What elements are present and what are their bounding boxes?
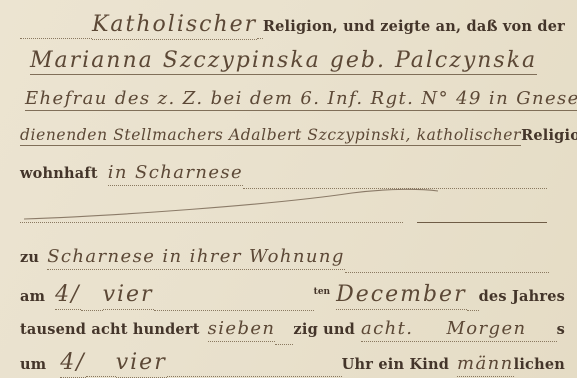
printed-um: um — [20, 356, 46, 373]
handwritten-hour-word: vier — [116, 350, 167, 378]
handwritten-day-word: vier — [103, 282, 154, 310]
dotted-rule — [467, 279, 479, 311]
dotted-rule — [167, 347, 342, 377]
pen-rule — [417, 207, 547, 223]
dotted-rule — [243, 159, 547, 189]
handwritten-residence: in Scharnese — [108, 162, 243, 186]
handwritten-regiment: Ehefrau des z. Z. bei dem 6. Inf. Rgt. N… — [25, 88, 577, 111]
blank-rule-line — [0, 210, 577, 226]
printed-wohnhaft: wohnhaft — [20, 165, 98, 182]
printed-zig-und: zig und — [293, 321, 355, 338]
dotted-rule — [86, 347, 116, 377]
dotted-rule — [345, 243, 549, 273]
father-line: dienenden Stellmachers Adalbert Szczypin… — [0, 126, 577, 156]
mother-detail-line: Ehefrau des z. Z. bei dem 6. Inf. Rgt. N… — [0, 88, 577, 118]
dotted-rule — [20, 207, 403, 223]
printed-s-suffix: s — [557, 321, 565, 338]
printed-religion: Religion, — [521, 127, 577, 144]
printed-clause: Religion, und zeigte an, daß von der — [263, 18, 565, 35]
handwritten-gender: männ — [457, 353, 514, 377]
handwritten-religion: Katholischer — [92, 12, 257, 40]
printed-tausend: tausend acht hundert — [20, 321, 200, 338]
printed-am: am — [20, 288, 45, 305]
handwritten-father: dienenden Stellmachers Adalbert Szczypin… — [20, 126, 521, 146]
printed-lichen: lichen — [514, 356, 565, 373]
printed-zu: zu — [20, 249, 39, 266]
handwritten-tens: sieben — [208, 318, 276, 342]
handwritten-birthplace: Scharnese in ihrer Wohnung — [47, 246, 345, 270]
dotted-rule — [154, 279, 314, 311]
birthplace-line: zu Scharnese in ihrer Wohnung — [0, 246, 577, 276]
printed-des-jahres: des Jahres — [479, 288, 565, 305]
handwritten-mother-name: Marianna Szczypinska geb. Palczynska — [30, 48, 537, 75]
dotted-rule — [257, 9, 263, 39]
birthdate-line: am 4/ vier ten December des Jahres — [0, 282, 577, 314]
dotted-rule — [20, 9, 92, 39]
birthtime-line: um 4/ vier Uhr ein Kind männ lichen — [0, 350, 577, 378]
handwritten-day-number: 4/ — [55, 282, 80, 310]
handwritten-month: December — [336, 282, 466, 310]
mother-name-line: Marianna Szczypinska geb. Palczynska — [0, 48, 577, 80]
printed-uhr-ein-kind: Uhr ein Kind — [342, 356, 449, 373]
dotted-rule — [275, 315, 293, 345]
printed-ten-suffix: ten — [314, 287, 330, 297]
religion-header-line: Katholischer Religion, und zeigte an, da… — [0, 12, 577, 42]
dotted-rule — [81, 279, 103, 311]
handwritten-units-and-morning: acht. Morgen — [361, 318, 557, 342]
handwritten-hour-number: 4/ — [60, 350, 85, 378]
birth-record-document: Katholischer Religion, und zeigte an, da… — [0, 0, 577, 378]
birthyear-line: tausend acht hundert sieben zig und acht… — [0, 318, 577, 348]
residence-line: wohnhaft in Scharnese — [0, 162, 577, 192]
